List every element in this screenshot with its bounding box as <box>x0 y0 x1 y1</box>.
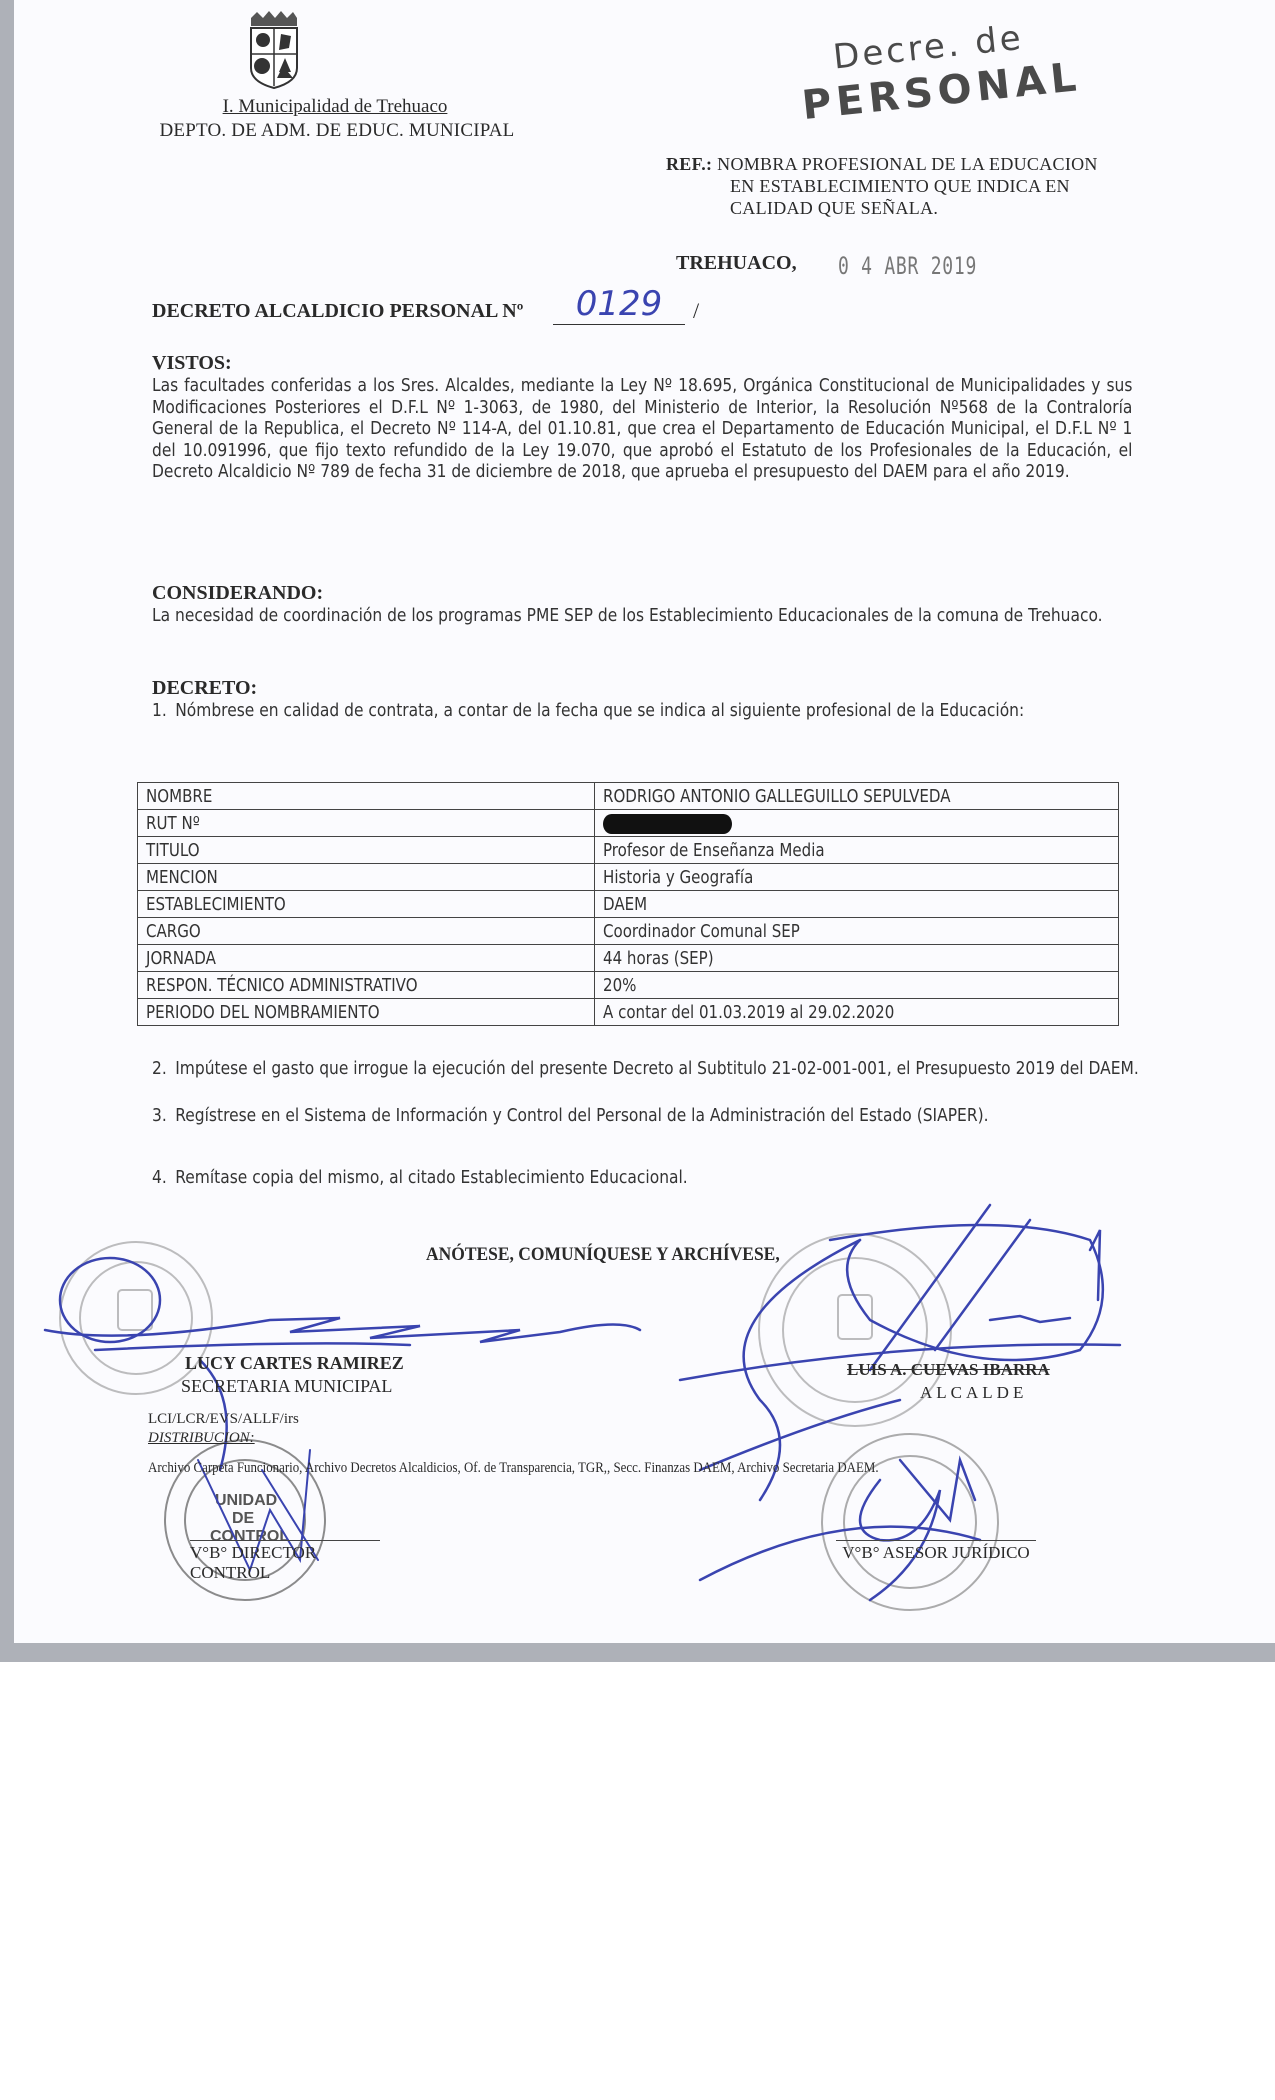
table-row: PERIODO DEL NOMBRAMIENTO A contar del 01… <box>138 999 1119 1026</box>
table-row: MENCION Historia y Geografía <box>138 864 1119 891</box>
legal-approval-label: V°B° ASESOR JURÍDICO <box>836 1540 1036 1563</box>
decreto-item-4: 4. Remítase copia del mismo, al citado E… <box>152 1167 1150 1191</box>
row-label: TITULO <box>138 837 595 864</box>
row-label: RESPON. TÉCNICO ADMINISTRATIVO <box>138 972 595 999</box>
reference-line-2: EN ESTABLECIMIENTO QUE INDICA EN <box>666 175 1098 197</box>
vistos-text: Las facultades conferidas a los Sres. Al… <box>152 375 1132 483</box>
item-number: 4. <box>152 1167 167 1189</box>
decreto-item-3: 3. Regístrese en el Sistema de Informaci… <box>152 1105 1150 1151</box>
item-text: Nómbrese en calidad de contrata, a conta… <box>175 700 1147 722</box>
table-row: RUT Nº <box>138 810 1119 837</box>
table-row: JORNADA 44 horas (SEP) <box>138 945 1119 972</box>
city-label: TREHUACO, <box>676 252 797 275</box>
table-row: TITULO Profesor de Enseñanza Media <box>138 837 1119 864</box>
table-row: NOMBRE RODRIGO ANTONIO GALLEGUILLO SEPUL… <box>138 783 1119 810</box>
row-value: DAEM <box>595 891 1119 918</box>
drafting-initials: LCI/LCR/EVS/ALLF/irs <box>148 1411 299 1428</box>
item-number: 1. <box>152 700 167 722</box>
mayor-role: ALCALDE <box>920 1383 1027 1403</box>
mayor-name: LUIS A. CUEVAS IBARRA <box>847 1360 1050 1380</box>
considerando-heading: CONSIDERANDO: <box>152 582 323 605</box>
row-value: Historia y Geografía <box>595 864 1119 891</box>
item-text: Remítase copia del mismo, al citado Esta… <box>175 1167 1147 1189</box>
reference-label: REF.: <box>666 154 712 174</box>
item-number: 2. <box>152 1058 167 1080</box>
vistos-heading: VISTOS: <box>152 352 232 375</box>
row-value <box>595 810 1119 837</box>
row-label: NOMBRE <box>138 783 595 810</box>
row-label: JORNADA <box>138 945 595 972</box>
row-label: CARGO <box>138 918 595 945</box>
item-text: Regístrese en el Sistema de Información … <box>175 1105 1147 1127</box>
item-text: Impútese el gasto que irrogue la ejecuci… <box>175 1058 1147 1080</box>
row-value: Coordinador Comunal SEP <box>595 918 1119 945</box>
appointment-table: NOMBRE RODRIGO ANTONIO GALLEGUILLO SEPUL… <box>137 782 1119 1026</box>
reference-line-1: NOMBRA PROFESIONAL DE LA EDUCACION <box>717 154 1098 174</box>
row-value: Profesor de Enseñanza Media <box>595 837 1119 864</box>
row-label: MENCION <box>138 864 595 891</box>
department-name: DEPTO. DE ADM. DE EDUC. MUNICIPAL <box>152 120 522 142</box>
closing-formula: ANÓTESE, COMUNÍQUESE Y ARCHÍVESE, <box>426 1244 780 1266</box>
decreto-item-2: 2. Impútese el gasto que irrogue la ejec… <box>152 1058 1150 1104</box>
decree-slash: / <box>693 298 699 324</box>
coat-of-arms-icon <box>243 10 303 90</box>
row-label: RUT Nº <box>138 810 595 837</box>
item-number: 3. <box>152 1105 167 1127</box>
distribution-list: Archivo Carpeta Funcionario, Archivo Dec… <box>148 1460 1180 1477</box>
row-value: 44 horas (SEP) <box>595 945 1119 972</box>
control-approval-label: V°B° DIRECTOR CONTROL <box>190 1540 380 1583</box>
table-row: CARGO Coordinador Comunal SEP <box>138 918 1119 945</box>
distribution-heading: DISTRIBUCION: <box>148 1430 255 1447</box>
secretary-name: LUCY CARTES RAMIREZ <box>185 1353 404 1374</box>
table-row: ESTABLECIMIENTO DAEM <box>138 891 1119 918</box>
decree-number: 0129 <box>553 286 685 325</box>
redaction-mark <box>603 814 732 834</box>
date-stamp: 0 4 ABR 2019 <box>838 252 977 280</box>
row-label: PERIODO DEL NOMBRAMIENTO <box>138 999 595 1026</box>
organization-name: I. Municipalidad de Trehuaco <box>190 96 480 118</box>
decreto-heading: DECRETO: <box>152 677 257 700</box>
row-value: RODRIGO ANTONIO GALLEGUILLO SEPULVEDA <box>595 783 1119 810</box>
row-value: 20% <box>595 972 1119 999</box>
table-row: RESPON. TÉCNICO ADMINISTRATIVO 20% <box>138 972 1119 999</box>
reference-block: REF.: NOMBRA PROFESIONAL DE LA EDUCACION… <box>666 153 1098 219</box>
row-value: A contar del 01.03.2019 al 29.02.2020 <box>595 999 1119 1026</box>
reference-line-3: CALIDAD QUE SEÑALA. <box>666 197 1098 219</box>
secretary-role: SECRETARIA MUNICIPAL <box>181 1376 392 1397</box>
decreto-item-1: 1. Nómbrese en calidad de contrata, a co… <box>152 700 1150 746</box>
row-label: ESTABLECIMIENTO <box>138 891 595 918</box>
decree-title: DECRETO ALCALDICIO PERSONAL Nº <box>152 300 523 323</box>
considerando-text: La necesidad de coordinación de los prog… <box>152 605 1132 627</box>
